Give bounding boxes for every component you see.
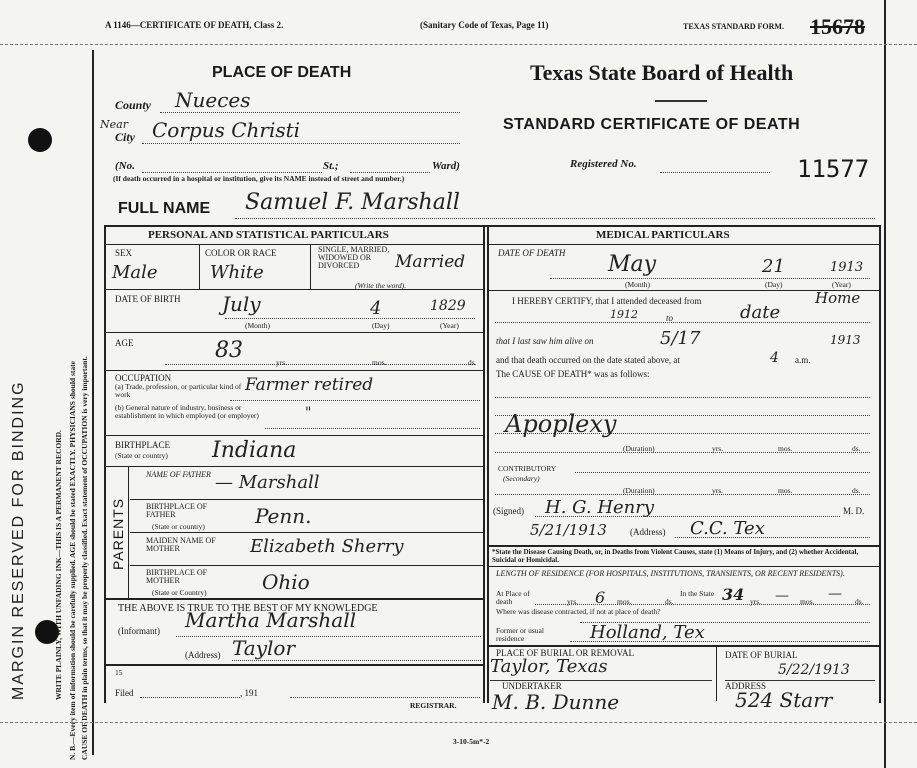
- filed-number: 15: [115, 668, 123, 677]
- occ-b-value: ": [305, 405, 311, 421]
- standard-form: TEXAS STANDARD FORM.: [683, 22, 784, 31]
- age-label: AGE: [115, 338, 134, 348]
- in-state-mos: mos.: [800, 597, 814, 606]
- dob-month: July: [222, 292, 261, 316]
- medical-footnote: *State the Disease Causing Death, or, in…: [492, 548, 875, 564]
- death-occurred-label: and that death occurred on the date stat…: [496, 355, 680, 365]
- at-place-label: At Place of death: [496, 590, 536, 606]
- dod-label: DATE OF DEATH: [498, 248, 565, 258]
- binding-hole: [28, 128, 52, 152]
- father-birthplace-value: Penn.: [255, 504, 312, 528]
- in-state-ds-value: —: [828, 586, 842, 602]
- registrar-label: REGISTRAR.: [410, 701, 456, 710]
- attended-to: date: [740, 302, 780, 323]
- certify-text: I HEREBY CERTIFY, that I attended deceas…: [512, 296, 701, 306]
- form-id: A 1146—CERTIFICATE OF DEATH, Class 2.: [105, 20, 283, 30]
- duration-label-1: (Duration): [623, 444, 655, 453]
- mother-birthplace-value: Ohio: [262, 570, 310, 594]
- dob-day-caption: (Day): [372, 321, 390, 330]
- filed-year: , 191: [240, 688, 258, 698]
- duration-ds-1: ds.: [852, 444, 861, 453]
- duration-ds-2: ds.: [852, 486, 861, 495]
- occ-a-label: (a) Trade, profession, or particular kin…: [115, 383, 245, 399]
- registered-label: Registered No.: [570, 158, 637, 170]
- in-state-ds: ds.: [855, 597, 864, 606]
- father-birthplace-label: BIRTHPLACE OF FATHER: [146, 503, 226, 519]
- in-state-yrs: yrs.: [750, 597, 761, 606]
- secondary-label: (Secondary): [503, 474, 540, 483]
- bottom-dotted-line: [0, 722, 917, 723]
- certificate-title: STANDARD CERTIFICATE OF DEATH: [503, 116, 800, 134]
- county-label: County: [115, 98, 151, 113]
- margin-instruction-2: N. B.—Every item of information should b…: [68, 361, 77, 760]
- marital-label: SINGLE, MARRIED, WIDOWED OR DIVORCED: [318, 246, 403, 270]
- in-state-yrs-value: 34: [722, 585, 744, 604]
- medical-title: MEDICAL PARTICULARS: [596, 229, 730, 241]
- dob-label: DATE OF BIRTH: [115, 294, 180, 304]
- top-dotted-line: [0, 44, 917, 45]
- occ-a-value: Farmer retired: [245, 375, 373, 395]
- informant-address-value: Taylor: [232, 636, 295, 660]
- medical-address-value: C.C. Tex: [690, 518, 765, 539]
- dob-day: 4: [370, 298, 381, 319]
- father-name-value: — Marshall: [215, 472, 320, 493]
- full-name-label: FULL NAME: [118, 200, 210, 218]
- age-ds: ds.: [468, 358, 477, 367]
- signed-label: (Signed): [493, 506, 524, 516]
- personal-title: PERSONAL AND STATISTICAL PARTICULARS: [148, 229, 389, 241]
- stamp-number: 15678: [810, 14, 865, 40]
- former-label: Former or usual residence: [496, 627, 571, 643]
- dod-month-caption: (Month): [625, 280, 650, 289]
- place-of-death-title: PLACE OF DEATH: [212, 64, 351, 82]
- contracted-label: Where was disease contracted, if not at …: [496, 608, 666, 616]
- father-birthplace-hint: (State or country): [152, 522, 205, 531]
- last-saw-label: that I last saw him alive on: [496, 336, 594, 346]
- burial-date-value: 5/22/1913: [778, 662, 850, 678]
- at-place-yrs: yrs.: [567, 597, 578, 606]
- title-divider: [655, 100, 707, 102]
- at-place-mos-value: 6: [595, 588, 605, 607]
- age-value: 83: [215, 338, 243, 363]
- burial-date-label: DATE OF BURIAL: [725, 650, 798, 660]
- st-label: St.;: [323, 160, 339, 172]
- dob-month-caption: (Month): [245, 321, 270, 330]
- filed-label: Filed: [115, 688, 134, 698]
- informant-address-label: (Address): [185, 650, 221, 660]
- city-value: Corpus Christi: [152, 118, 300, 142]
- informant-value: Martha Marshall: [185, 608, 356, 632]
- marital-value: Married: [395, 252, 465, 272]
- dod-year-caption: (Year): [832, 280, 851, 289]
- duration-yrs-2: yrs.: [712, 486, 723, 495]
- signed-value: H. G. Henry: [545, 497, 654, 518]
- duration-label-2: (Duration): [623, 486, 655, 495]
- in-state-label: In the State: [680, 590, 720, 598]
- attended-from: Home: [815, 289, 860, 307]
- undertaker-address-value: 524 Starr: [735, 688, 832, 712]
- father-name-label: NAME OF FATHER: [146, 471, 216, 479]
- margin-instruction-3: CAUSE OF DEATH in plain terms, so that i…: [80, 356, 89, 760]
- ward-label: Ward): [432, 160, 460, 172]
- duration-mos-1: mos.: [778, 444, 792, 453]
- sex-label: SEX: [115, 248, 132, 258]
- md-label: M. D.: [843, 506, 864, 516]
- at-place-mos: mos.: [617, 597, 631, 606]
- mother-birthplace-hint: (State or Country): [152, 588, 207, 597]
- last-saw-value: 5/17: [660, 328, 700, 349]
- informant-label: (Informant): [118, 626, 160, 636]
- sanitary-code: (Sanitary Code of Texas, Page 11): [420, 20, 549, 30]
- last-saw-year: 1913: [830, 333, 861, 347]
- attended-from-year: 1912: [610, 308, 638, 321]
- cause-value: Apoplexy: [505, 410, 616, 438]
- registered-number: 11577: [797, 155, 869, 183]
- race-label: COLOR OR RACE: [205, 248, 277, 258]
- mother-name-value: Elizabeth Sherry: [250, 536, 404, 557]
- former-value: Holland, Tex: [590, 622, 705, 643]
- dod-year: 1913: [830, 260, 863, 275]
- cause-label: The CAUSE OF DEATH* was as follows:: [496, 369, 650, 379]
- duration-yrs-1: yrs.: [712, 444, 723, 453]
- no-label: (No.: [115, 160, 135, 172]
- age-yrs: yrs.: [276, 358, 287, 367]
- full-name-value: Samuel F. Marshall: [245, 190, 460, 215]
- margin-binding-text: MARGIN RESERVED FOR BINDING: [10, 380, 28, 700]
- place-note: (If death occurred in a hospital or inst…: [113, 174, 404, 183]
- mother-name-label: MAIDEN NAME OF MOTHER: [146, 537, 236, 553]
- city-label: City: [115, 130, 135, 145]
- mother-birthplace-label: BIRTHPLACE OF MOTHER: [146, 569, 226, 585]
- occ-b-label: (b) General nature of industry, business…: [115, 404, 270, 420]
- dod-month: May: [608, 252, 656, 277]
- board-title: Texas State Board of Health: [530, 60, 793, 86]
- contributory-label: CONTRIBUTORY: [498, 464, 556, 473]
- medical-address-label: (Address): [630, 527, 666, 537]
- at-place-ds: ds.: [665, 597, 674, 606]
- race-value: White: [210, 262, 264, 283]
- dod-day: 21: [762, 256, 785, 277]
- to-label: to: [666, 313, 673, 323]
- undertaker-value: M. B. Dunne: [492, 690, 619, 714]
- print-code: 3-10-5m*-2: [453, 737, 489, 746]
- death-time: 4: [770, 350, 779, 366]
- frame-left: [92, 50, 94, 755]
- birthplace-value: Indiana: [212, 438, 296, 463]
- age-mos: mos.: [372, 358, 386, 367]
- am-label: a.m.: [795, 355, 811, 365]
- parents-section-label: PARENTS: [110, 498, 126, 570]
- dod-day-caption: (Day): [765, 280, 783, 289]
- burial-value: Taylor, Texas: [490, 656, 608, 677]
- birthplace-hint: (State or country): [115, 451, 168, 460]
- residence-label: LENGTH OF RESIDENCE (FOR HOSPITALS, INST…: [496, 569, 876, 578]
- sex-value: Male: [112, 262, 158, 283]
- dob-year: 1829: [430, 298, 466, 314]
- signed-date: 5/21/1913: [530, 521, 607, 539]
- county-value: Nueces: [175, 88, 251, 112]
- margin-instruction-1: WRITE PLAINLY, WITH UNFADING INK—THIS IS…: [54, 430, 63, 700]
- birthplace-label: BIRTHPLACE: [115, 440, 170, 450]
- dob-year-caption: (Year): [440, 321, 459, 330]
- duration-mos-2: mos.: [778, 486, 792, 495]
- frame-right: [884, 0, 886, 768]
- in-state-mos-value: —: [775, 588, 789, 604]
